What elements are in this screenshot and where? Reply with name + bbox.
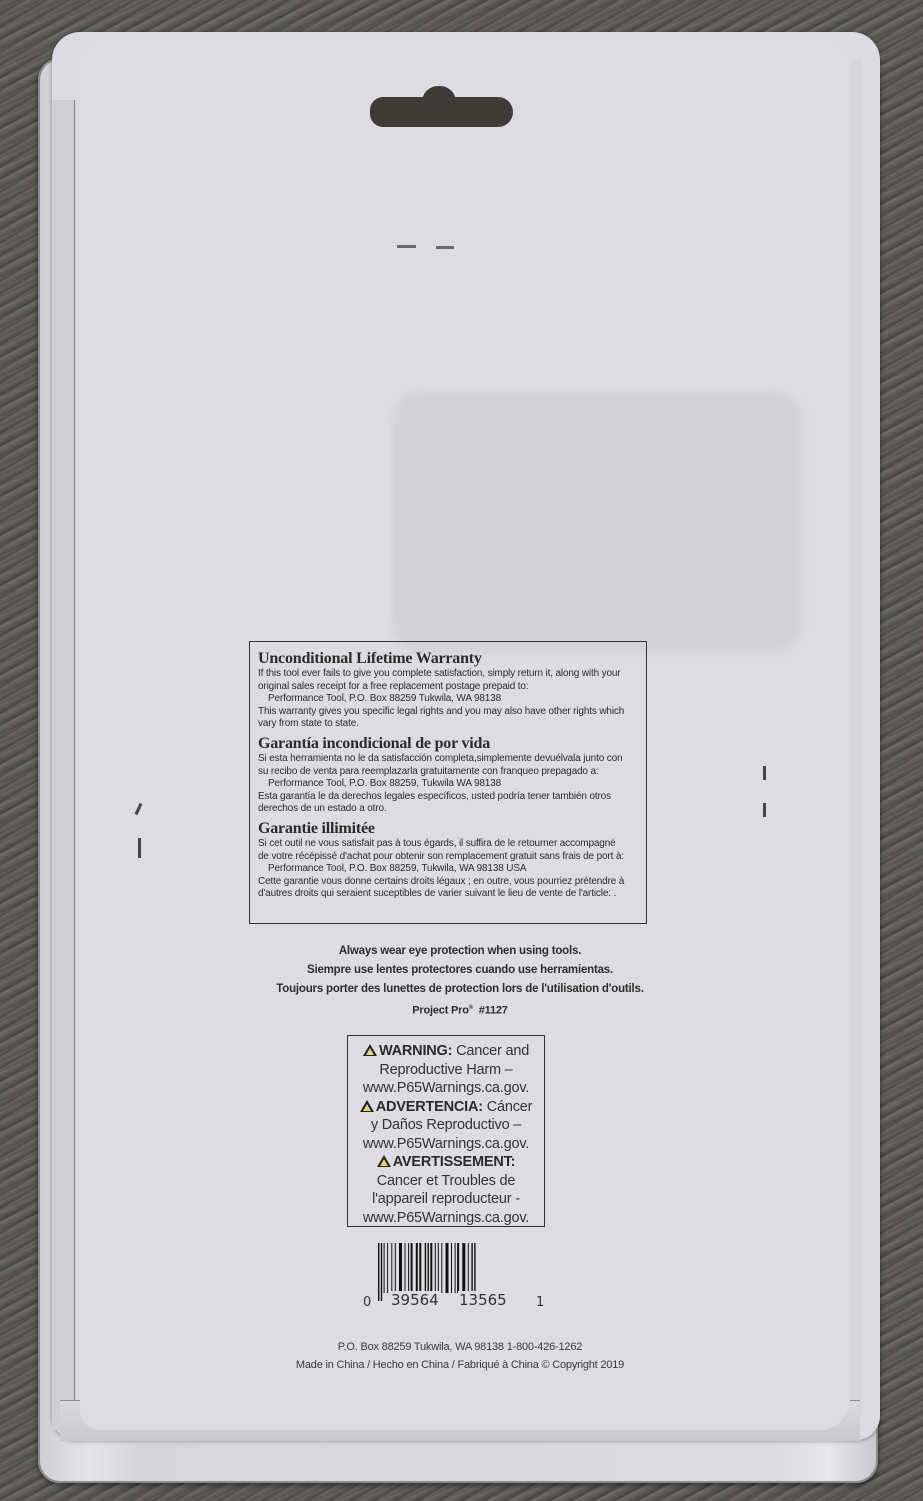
staple-mark xyxy=(138,838,141,858)
warning-url: www.P65Warnings.ca.gov. xyxy=(348,1135,544,1154)
advertencia-label: ADVERTENCIA: xyxy=(376,1099,483,1115)
warranty-text: Esta garantía le da derechos legales esp… xyxy=(258,791,638,804)
warranty-text: derechos de un estado a otro. xyxy=(258,803,638,816)
warning-text: Cancer and xyxy=(456,1043,529,1059)
product-model: Project Pro® #1127 xyxy=(260,999,660,1021)
warranty-spanish: Garantía incondicional de por vida Si es… xyxy=(258,735,638,816)
company-address: P.O. Box 88259 Tukwila, WA 98138 1-800-4… xyxy=(270,1338,650,1356)
brand-name: Project Pro xyxy=(412,1005,469,1017)
warranty-address: Performance Tool, P.O. Box 88259 Tukwila… xyxy=(258,693,638,706)
warranty-heading: Garantía incondicional de por vida xyxy=(258,735,638,753)
warranty-address: Performance Tool, P.O. Box 88259, Tukwil… xyxy=(258,863,638,876)
upc-digits: 0 39564 13565 1 xyxy=(362,1293,572,1313)
warranty-text: su recibo de venta para reemplazarla gra… xyxy=(258,766,638,779)
upc-group-2: 13565 xyxy=(458,1291,508,1309)
registered-mark: ® xyxy=(469,1005,473,1011)
warning-triangle-icon xyxy=(377,1155,391,1167)
model-number: #1127 xyxy=(479,1005,508,1017)
safety-spanish: Siempre use lentes protectores cuando us… xyxy=(260,961,660,980)
warranty-text: Cette garantie vous donne certains droit… xyxy=(258,876,638,889)
warning-text: Reproductive Harm – xyxy=(348,1061,544,1080)
origin-copyright: Made in China / Hecho en China / Fabriqu… xyxy=(270,1356,650,1374)
warranty-text: vary from state to state. xyxy=(258,718,638,731)
upc-group-1: 39564 xyxy=(390,1291,440,1309)
warning-text: l'appareil reproducteur - xyxy=(348,1190,544,1209)
staple-mark xyxy=(763,803,766,817)
upc-digit-right: 1 xyxy=(535,1295,545,1310)
warranty-text: If this tool ever fails to give you comp… xyxy=(258,668,638,681)
safety-notice: Always wear eye protection when using to… xyxy=(260,942,660,1021)
warning-text: Cancer et Troubles de xyxy=(348,1172,544,1191)
warning-label: WARNING: xyxy=(379,1043,452,1059)
warning-triangle-icon xyxy=(363,1044,377,1056)
manufacturer-footer: P.O. Box 88259 Tukwila, WA 98138 1-800-4… xyxy=(270,1338,650,1374)
warning-url: www.P65Warnings.ca.gov. xyxy=(348,1209,544,1228)
warranty-text: Si esta herramienta no le da satisfacció… xyxy=(258,753,638,766)
warranty-address: Performance Tool, P.O. Box 88259, Tukwil… xyxy=(258,778,638,791)
perforation-mark xyxy=(436,246,454,249)
warranty-french: Garantie illimitée Si cet outil ne vous … xyxy=(258,820,638,901)
warning-text: y Daños Reproductivo – xyxy=(348,1116,544,1135)
safety-french: Toujours porter des lunettes de protecti… xyxy=(260,980,660,999)
warranty-text: This warranty gives you specific legal r… xyxy=(258,706,638,719)
avertissement-label: AVERTISSEMENT: xyxy=(393,1154,516,1170)
warranty-heading: Garantie illimitée xyxy=(258,820,638,838)
hang-hole xyxy=(370,97,513,127)
warranty-box: Unconditional Lifetime Warranty If this … xyxy=(249,641,647,924)
warranty-text: de votre récépissé d'achat pour obtenir … xyxy=(258,851,638,864)
warning-triangle-icon xyxy=(360,1100,374,1112)
warranty-english: Unconditional Lifetime Warranty If this … xyxy=(258,650,638,731)
safety-english: Always wear eye protection when using to… xyxy=(260,942,660,961)
upc-digit-left: 0 xyxy=(362,1295,372,1310)
blister-window-imprint xyxy=(392,392,802,652)
card-left-edge xyxy=(52,100,75,1430)
staple-mark xyxy=(763,766,766,780)
warning-text: Cáncer xyxy=(487,1099,533,1115)
perforation-mark xyxy=(397,245,416,248)
warning-url: www.P65Warnings.ca.gov. xyxy=(348,1079,544,1098)
warranty-text: original sales receipt for a free replac… xyxy=(258,681,638,694)
prop65-warning-box: WARNING: Cancer and Reproductive Harm – … xyxy=(347,1035,545,1227)
warranty-heading: Unconditional Lifetime Warranty xyxy=(258,650,638,668)
warranty-text: Si cet outil ne vous satisfait pas à tou… xyxy=(258,838,638,851)
warranty-text: d'autres droits qui seraient suceptibles… xyxy=(258,888,638,901)
